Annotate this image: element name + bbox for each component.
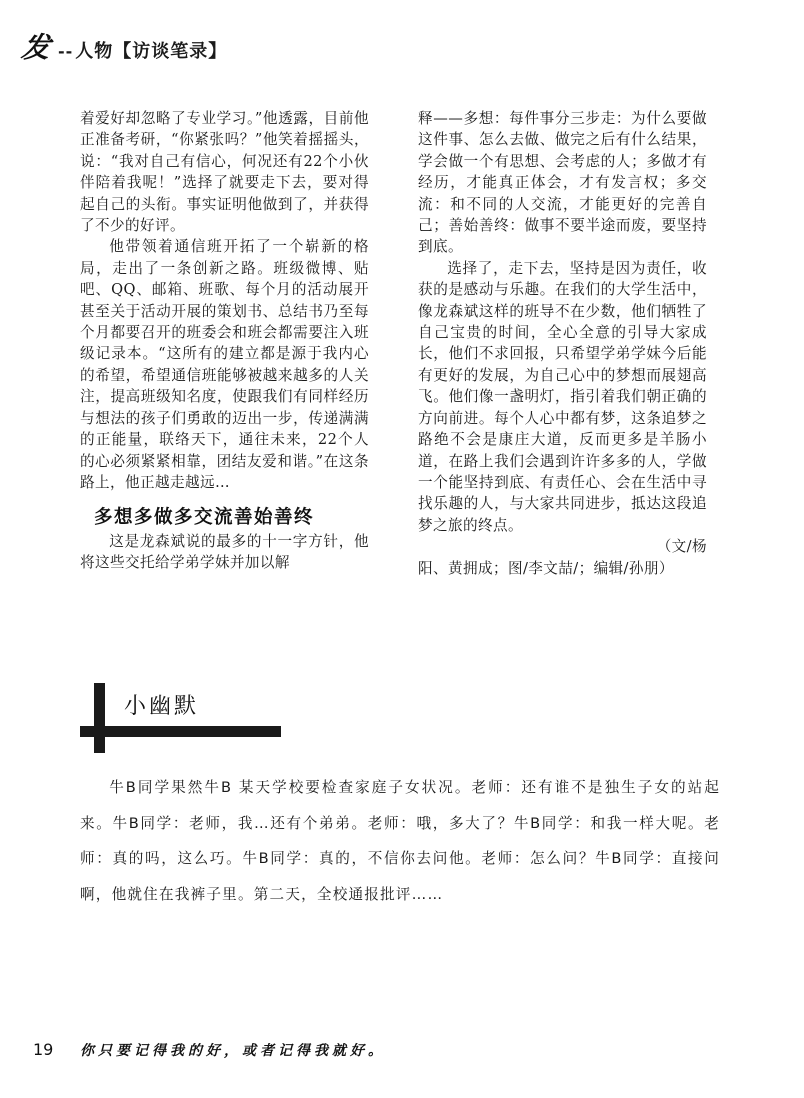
humor-section-header: 小幽默	[80, 683, 280, 755]
paragraph: 着爱好却忽略了专业学习。”他透露，目前他正准备考研，“你紧张吗？”他笑着摇摇头，…	[80, 108, 369, 236]
article-subheading: 多想多做多交流善始善终	[94, 507, 369, 528]
credit-end: 阳、黄拥成；图/李文喆/；编辑/孙朋）	[418, 558, 707, 579]
paragraph: 这是龙森斌说的最多的十一字方针，他将这些交托给学弟学妹并加以解	[80, 531, 369, 574]
paragraph: 选择了，走下去，坚持是因为责任，收获的是感动与乐趣。在我们的大学生活中，像龙森斌…	[418, 258, 707, 536]
paragraph: 释——多想：每件事分三步走：为什么要做这件事、怎么去做、做完之后有什么结果，学会…	[418, 108, 707, 258]
footer-quote: 你只要记得我的好，或者记得我就好。	[80, 1040, 386, 1060]
page-number: 19	[33, 1040, 53, 1059]
magazine-mark: 发	[19, 26, 53, 66]
page-header: 发 -- 人物【访谈笔录】	[22, 26, 227, 56]
credit-start: （文/杨	[418, 536, 707, 557]
humor-title: 小幽默	[124, 689, 199, 720]
header-separator: --	[58, 42, 73, 61]
paragraph: 他带领着通信班开拓了一个崭新的格局，走出了一条创新之路。班级微博、贴吧、QQ、邮…	[80, 236, 369, 493]
article-left-column: 着爱好却忽略了专业学习。”他透露，目前他正准备考研，“你紧张吗？”他笑着摇摇头，…	[80, 108, 369, 574]
humor-body: 牛B同学果然牛B 某天学校要检查家庭子女状况。老师：还有谁不是独生子女的站起来。…	[80, 770, 720, 912]
decorative-horizontal-bar	[80, 726, 281, 737]
decorative-vertical-bar	[94, 683, 105, 753]
article-right-column: 释——多想：每件事分三步走：为什么要做这件事、怎么去做、做完之后有什么结果，学会…	[418, 108, 707, 579]
section-title: 人物【访谈笔录】	[75, 37, 227, 63]
